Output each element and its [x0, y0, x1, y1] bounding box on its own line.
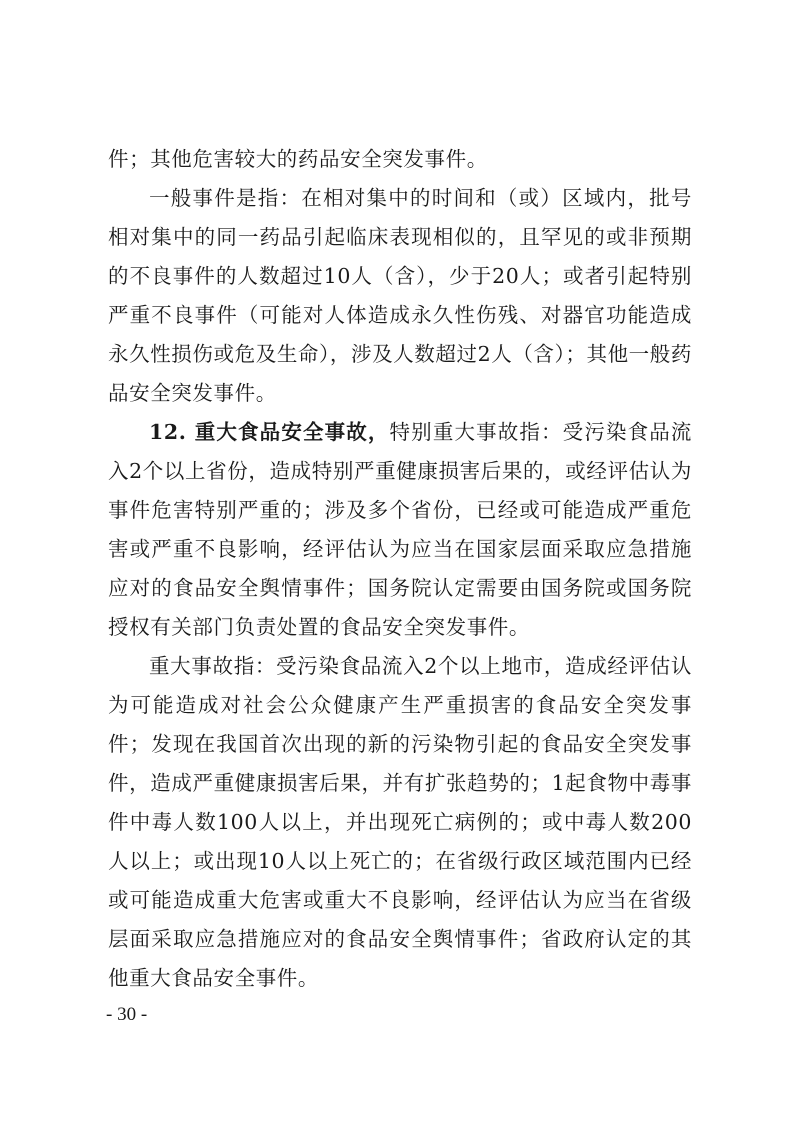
document-page: 件；其他危害较大的药品安全突发事件。 一般事件是指：在相对集中的时间和（或）区域… — [108, 140, 692, 998]
item-heading: 12. 重大食品安全事故， — [149, 420, 390, 444]
paragraph-continuation: 件；其他危害较大的药品安全突发事件。 — [108, 140, 692, 179]
paragraph-text: 特别重大事故指：受污染食品流入2个以上省份，造成特别严重健康损害后果的，或经评估… — [108, 420, 692, 639]
paragraph-major-accident: 重大事故指：受污染食品流入2个以上地市，造成经评估认为可能造成对社会公众健康产生… — [108, 647, 692, 998]
page-number: - 30 - — [106, 1004, 147, 1026]
paragraph-text: 一般事件是指：在相对集中的时间和（或）区域内，批号相对集中的同一药品引起临床表现… — [108, 186, 692, 405]
paragraph-text: 重大事故指：受污染食品流入2个以上地市，造成经评估认为可能造成对社会公众健康产生… — [108, 654, 692, 990]
paragraph-general-event: 一般事件是指：在相对集中的时间和（或）区域内，批号相对集中的同一药品引起临床表现… — [108, 179, 692, 413]
paragraph-item-12: 12. 重大食品安全事故，特别重大事故指：受污染食品流入2个以上省份，造成特别严… — [108, 413, 692, 647]
paragraph-text: 件；其他危害较大的药品安全突发事件。 — [108, 147, 488, 171]
